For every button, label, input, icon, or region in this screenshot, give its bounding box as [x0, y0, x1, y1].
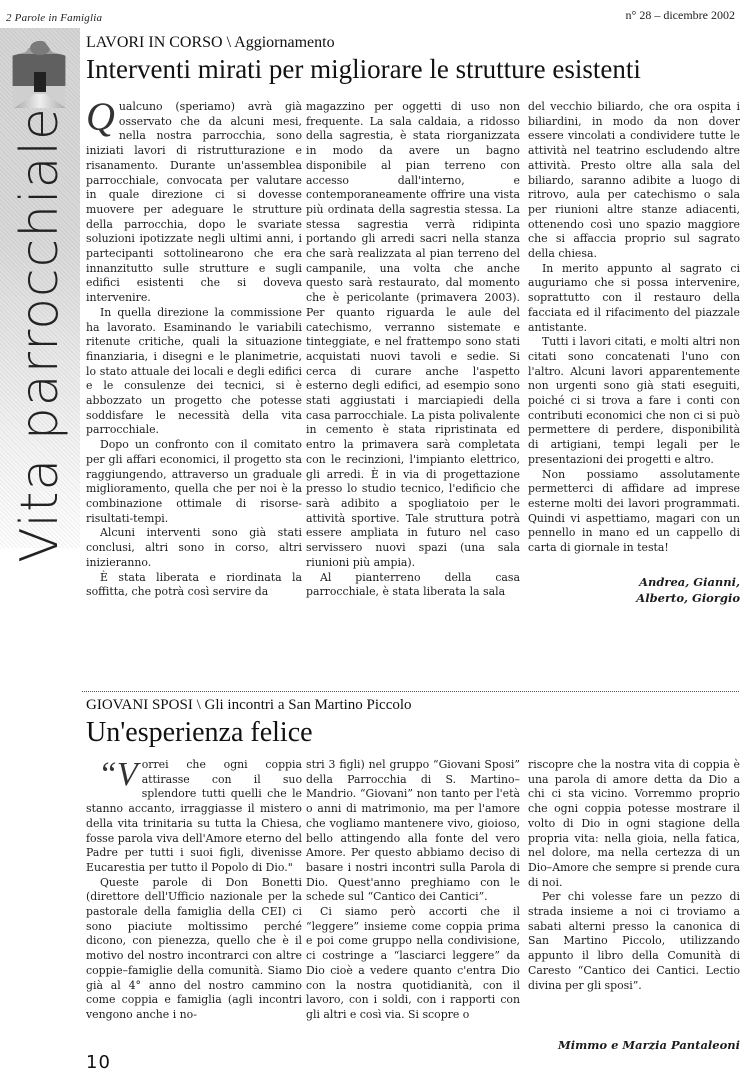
article2-column-3: riscopre che la nostra vita di coppia è …	[528, 758, 740, 1053]
paragraph: magazzino per oggetti di uso non frequen…	[306, 100, 520, 571]
paragraph: Per chi volesse fare un pezzo di strada …	[528, 890, 740, 993]
article1-title: Interventi mirati per migliorare le stru…	[86, 54, 641, 85]
article1-column-1: Qualcuno (speriamo) avrà già osservato c…	[86, 100, 302, 600]
article1-column-3: del vecchio biliardo, che ora ospita i b…	[528, 100, 740, 606]
paragraph: È stata liberata e riordinata la soffitt…	[86, 571, 302, 600]
paragraph: In quella direzione la commissione ha la…	[86, 306, 302, 438]
paragraph: Non possiamo assolutamente permetterci d…	[528, 468, 740, 556]
article2-title: Un'esperienza felice	[86, 717, 313, 749]
publication-name: 2 Parole in Famiglia	[6, 12, 102, 24]
article2-kicker: GIOVANI SPOSI \ Gli incontri a San Marti…	[86, 697, 412, 714]
page-number: 10	[86, 1052, 111, 1073]
article1-signature: Andrea, Gianni, Alberto, Giorgio	[528, 574, 740, 606]
paragraph: Queste parole di Don Bonetti (direttore …	[86, 876, 302, 1023]
article-divider	[82, 691, 739, 692]
issue-info: n° 28 – dicembre 2002	[626, 8, 735, 23]
paragraph: Al pianterreno della casa parrocchiale, …	[306, 571, 520, 600]
paragraph: del vecchio biliardo, che ora ospita i b…	[528, 100, 740, 262]
article1-kicker: LAVORI IN CORSO \ Aggiornamento	[86, 34, 335, 52]
article2-signature: Mimmo e Marzia Pantaleoni	[528, 1037, 740, 1053]
paragraph: Ci siamo però accorti che il “leggere” i…	[306, 905, 520, 1023]
paragraph: Dopo un confronto con il comitato per gl…	[86, 438, 302, 526]
paragraph: riscopre che la nostra vita di coppia è …	[528, 758, 740, 890]
dropcap: Q	[86, 102, 115, 132]
paragraph: Tutti i lavori citati, e molti altri non…	[528, 335, 740, 467]
section-label-text: Vita parrocchiale	[10, 107, 70, 563]
article1-column-2: magazzino per oggetti di uso non frequen…	[306, 100, 520, 600]
paragraph: “Vorrei che ogni coppia attirasse con il…	[86, 758, 302, 876]
article2-column-1: “Vorrei che ogni coppia attirasse con il…	[86, 758, 302, 1023]
section-label: Vita parrocchiale	[2, 140, 78, 530]
paragraph: Alcuni interventi sono già stati conclus…	[86, 526, 302, 570]
dropcap: “V	[98, 760, 138, 790]
article2-column-2: stri 3 figli) nel gruppo “Giovani Sposi”…	[306, 758, 520, 1023]
paragraph: stri 3 figli) nel gruppo “Giovani Sposi”…	[306, 758, 520, 905]
paragraph: Qualcuno (speriamo) avrà già osservato c…	[86, 100, 302, 306]
church-door	[34, 72, 46, 92]
paragraph: In merito appunto al sagrato ci auguriam…	[528, 262, 740, 336]
